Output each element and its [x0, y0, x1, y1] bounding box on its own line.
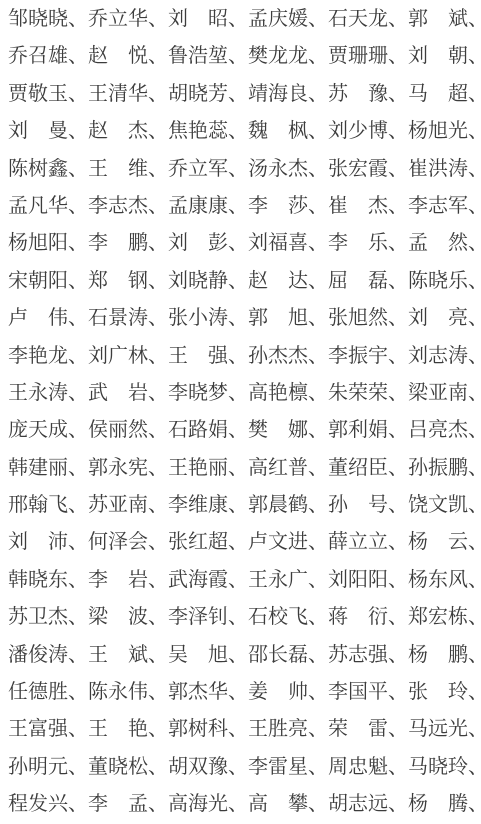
name-list: 邹晓晓、乔立华、刘 昭、孟庆媛、石天龙、郭 斌、乔召雄、赵 悦、鲁浩堃、樊龙龙、…	[8, 1, 472, 824]
name-line: 程发兴、李 孟、高海光、高 攀、胡志远、杨 腾、	[8, 786, 472, 823]
name-line: 韩晓东、李 岩、武海霞、王永广、刘阳阳、杨东风、	[8, 562, 472, 599]
name-line: 贾敬玉、王清华、胡晓芳、靖海良、苏 豫、马 超、	[8, 76, 472, 113]
name-line: 苏卫杰、梁 波、李泽钊、石校飞、蒋 衍、郑宏栋、	[8, 599, 472, 636]
name-line: 宋朝阳、郑 钢、刘晓静、赵 达、屈 磊、陈晓乐、	[8, 263, 472, 300]
name-line: 潘俊涛、王 斌、吴 旭、邵长磊、苏志强、杨 鹏、	[8, 637, 472, 674]
name-line: 王富强、王 艳、郭树科、王胜亮、荣 雷、马远光、	[8, 711, 472, 748]
name-line: 邢翰飞、苏亚南、李维康、郭晨鹤、孙 号、饶文凯、	[8, 487, 472, 524]
document-page: 邹晓晓、乔立华、刘 昭、孟庆媛、石天龙、郭 斌、乔召雄、赵 悦、鲁浩堃、樊龙龙、…	[0, 0, 481, 824]
name-line: 陈树鑫、王 维、乔立军、汤永杰、张宏霞、崔洪涛、	[8, 151, 472, 188]
name-line: 孟凡华、李志杰、孟康康、李 莎、崔 杰、李志军、	[8, 188, 472, 225]
name-line: 李艳龙、刘广林、王 强、孙杰杰、李振宇、刘志涛、	[8, 338, 472, 375]
name-line: 邹晓晓、乔立华、刘 昭、孟庆媛、石天龙、郭 斌、	[8, 1, 472, 38]
name-line: 庞天成、侯丽然、石路娟、樊 娜、郭利娟、吕亮杰、	[8, 412, 472, 449]
name-line: 韩建丽、郭永宪、王艳丽、高红普、董绍臣、孙振鹏、	[8, 450, 472, 487]
name-line: 刘 曼、赵 杰、焦艳蕊、魏 枫、刘少博、杨旭光、	[8, 113, 472, 150]
name-line: 卢 伟、石景涛、张小涛、郭 旭、张旭然、刘 亮、	[8, 300, 472, 337]
name-line: 孙明元、董晓松、胡双豫、李雷星、周忠魁、马晓玲、	[8, 749, 472, 786]
name-line: 乔召雄、赵 悦、鲁浩堃、樊龙龙、贾珊珊、刘 朝、	[8, 38, 472, 75]
name-line: 王永涛、武 岩、李晓梦、高艳檩、朱荣荣、梁亚南、	[8, 375, 472, 412]
name-line: 杨旭阳、李 鹏、刘 彭、刘福喜、李 乐、孟 然、	[8, 225, 472, 262]
name-line: 刘 沛、何泽会、张红超、卢文进、薛立立、杨 云、	[8, 524, 472, 561]
name-line: 任德胜、陈永伟、郭杰华、姜 帅、李国平、张 玲、	[8, 674, 472, 711]
